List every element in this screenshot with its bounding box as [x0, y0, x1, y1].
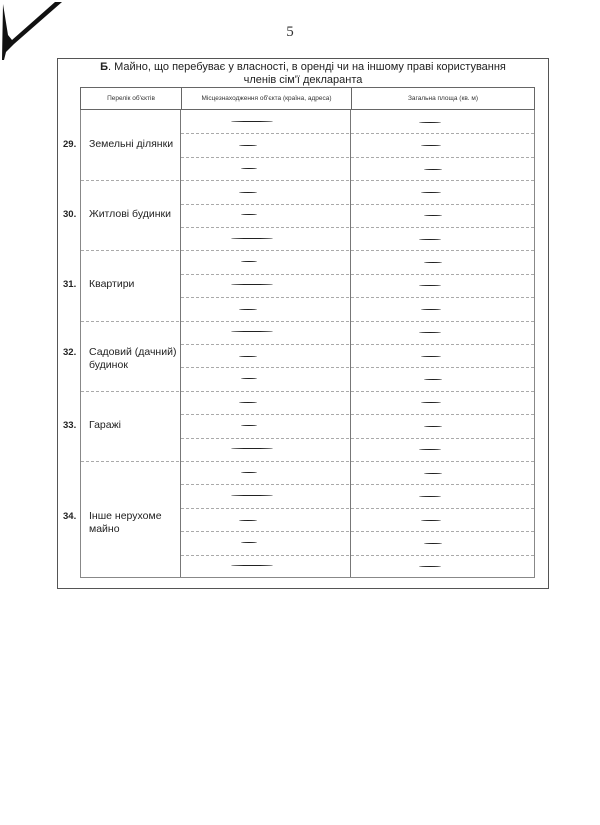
area-value-dash	[421, 356, 441, 357]
header-location: Місцезнаходження об'єкта (країна, адреса…	[181, 88, 351, 109]
object-type-label: Гаражі	[89, 419, 181, 432]
group-32: 32.Садовий (дачний) будинок	[81, 321, 534, 391]
area-value-dash	[424, 543, 442, 544]
location-value-dash	[231, 448, 273, 449]
area-value-dash	[421, 402, 441, 403]
object-type-label: Садовий (дачний) будинок	[89, 346, 181, 372]
location-value-dash	[231, 495, 273, 496]
row-divider	[181, 438, 534, 439]
area-value-dash	[419, 122, 441, 123]
row-divider	[181, 484, 534, 485]
location-value-dash	[239, 309, 257, 310]
object-type-label: Квартири	[89, 278, 181, 291]
row-divider	[181, 274, 534, 275]
area-value-dash	[424, 215, 442, 216]
section-title: Б. Майно, що перебуває у власності, в ор…	[57, 61, 549, 87]
location-value-dash	[241, 425, 257, 426]
area-value-dash	[424, 169, 442, 170]
row-divider	[181, 297, 534, 298]
row-divider	[181, 555, 534, 556]
group-29: 29.Земельні ділянки	[81, 110, 534, 180]
location-value-dash	[239, 356, 257, 357]
row-divider	[181, 157, 534, 158]
area-value-dash	[421, 145, 441, 146]
table-body: 29.Земельні ділянки30.Житлові будинки31.…	[80, 110, 535, 578]
row-divider	[181, 133, 534, 134]
location-value-dash	[231, 238, 273, 239]
location-value-dash	[241, 378, 257, 379]
location-value-dash	[239, 402, 257, 403]
location-value-dash	[241, 542, 257, 543]
location-value-dash	[241, 472, 257, 473]
area-value-dash	[419, 239, 441, 240]
location-value-dash	[239, 192, 257, 193]
area-value-dash	[424, 379, 442, 380]
area-value-dash	[424, 262, 442, 263]
row-divider	[181, 344, 534, 345]
area-value-dash	[421, 192, 441, 193]
location-value-dash	[231, 331, 273, 332]
row-divider	[181, 367, 534, 368]
area-value-dash	[419, 496, 441, 497]
object-type-label: Земельні ділянки	[89, 138, 181, 151]
group-30: 30.Житлові будинки	[81, 180, 534, 250]
row-number: 29.	[63, 139, 76, 150]
page-number: 5	[0, 24, 580, 41]
area-value-dash	[419, 449, 441, 450]
row-divider	[181, 508, 534, 509]
row-divider	[181, 204, 534, 205]
area-value-dash	[421, 520, 441, 521]
row-number: 32.	[63, 347, 76, 358]
area-value-dash	[424, 473, 442, 474]
location-value-dash	[231, 121, 273, 122]
area-value-dash	[419, 332, 441, 333]
area-value-dash	[424, 426, 442, 427]
header-objects: Перелік об'єктів	[81, 88, 181, 109]
object-type-label: Інше нерухоме майно	[89, 510, 181, 536]
row-number: 31.	[63, 279, 76, 290]
row-divider	[181, 531, 534, 532]
header-area: Загальна площа (кв. м)	[351, 88, 534, 109]
table-header: Перелік об'єктів Місцезнаходження об'єкт…	[80, 87, 535, 110]
row-divider	[181, 227, 534, 228]
object-type-label: Житлові будинки	[89, 208, 181, 221]
location-value-dash	[241, 168, 257, 169]
location-value-dash	[239, 520, 257, 521]
area-value-dash	[419, 285, 441, 286]
row-divider	[181, 414, 534, 415]
row-number: 33.	[63, 420, 76, 431]
area-value-dash	[421, 309, 441, 310]
row-number: 30.	[63, 209, 76, 220]
section-title-line2: членів сім'ї декларанта	[57, 74, 549, 87]
area-value-dash	[419, 566, 441, 567]
group-33: 33.Гаражі	[81, 391, 534, 461]
location-value-dash	[231, 565, 273, 566]
section-letter: Б	[100, 61, 108, 73]
location-value-dash	[241, 261, 257, 262]
location-value-dash	[241, 214, 257, 215]
group-31: 31.Квартири	[81, 250, 534, 320]
group-34: 34.Інше нерухоме майно	[81, 461, 534, 578]
location-value-dash	[239, 145, 257, 146]
row-number: 34.	[63, 511, 76, 522]
section-title-text: . Майно, що перебуває у власності, в оре…	[108, 61, 506, 73]
location-value-dash	[231, 284, 273, 285]
